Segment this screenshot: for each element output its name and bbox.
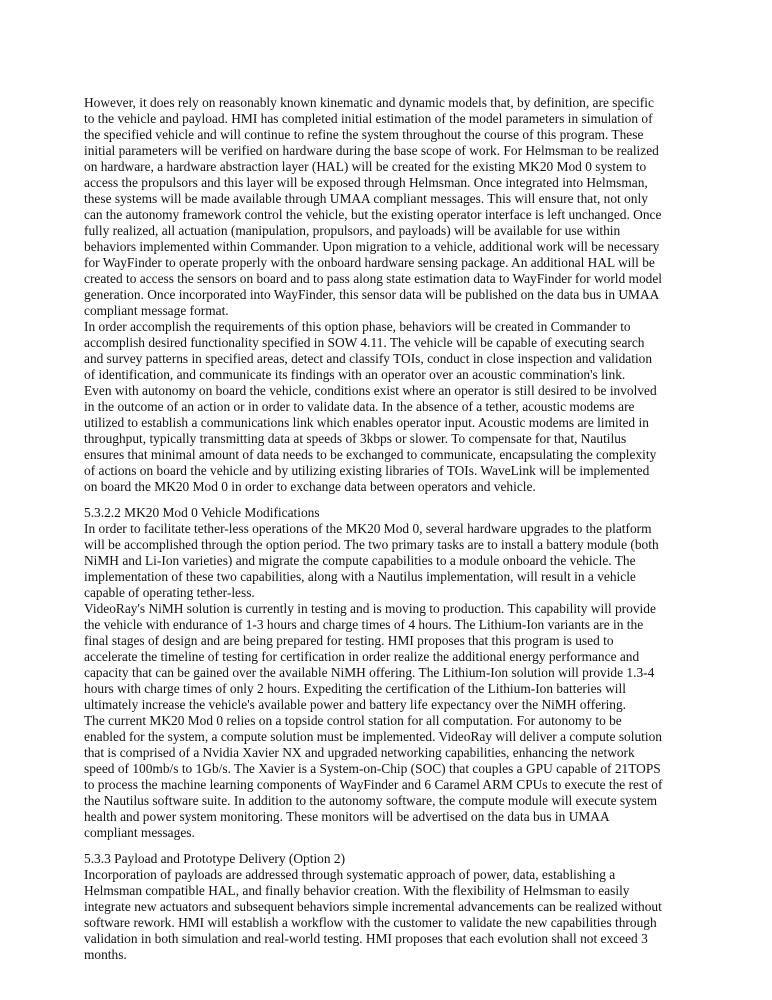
text-line: accelerate the timeline of testing for c… xyxy=(84,649,724,665)
section-5-3-3: 5.3.3 Payload and Prototype Delivery (Op… xyxy=(84,851,724,963)
text-line: However, it does rely on reasonably know… xyxy=(84,95,724,111)
paragraph-commander-behaviors: In order accomplish the requirements of … xyxy=(84,319,724,383)
text-line: integrate new actuators and subsequent b… xyxy=(84,899,724,915)
text-line: ensures that minimal amount of data need… xyxy=(84,447,724,463)
text-line: can the autonomy framework control the v… xyxy=(84,207,724,223)
text-line: compliant message format. xyxy=(84,303,724,319)
text-line: utilized to establish a communications l… xyxy=(84,415,724,431)
text-line: ultimately increase the vehicle's availa… xyxy=(84,697,724,713)
text-line: behaviors implemented within Commander. … xyxy=(84,239,724,255)
text-line: implementation of these two capabilities… xyxy=(84,569,724,585)
text-line: enabled for the system, a compute soluti… xyxy=(84,729,724,745)
document-page: However, it does rely on reasonably know… xyxy=(84,95,724,963)
paragraph-acoustic-comms: Even with autonomy on board the vehicle,… xyxy=(84,383,724,495)
text-line: The current MK20 Mod 0 relies on a topsi… xyxy=(84,713,724,729)
paragraph-battery: VideoRay's NiMH solution is currently in… xyxy=(84,601,724,713)
text-line: accomplish desired functionality specifi… xyxy=(84,335,724,351)
text-line: Incorporation of payloads are addressed … xyxy=(84,867,724,883)
paragraph-tetherless: In order to facilitate tether-less opera… xyxy=(84,521,724,601)
text-line: the Nautilus software suite. In addition… xyxy=(84,793,724,809)
section-heading: 5.3.2.2 MK20 Mod 0 Vehicle Modifications xyxy=(84,505,724,521)
text-line: validation in both simulation and real-w… xyxy=(84,931,724,947)
text-line: on hardware, a hardware abstraction laye… xyxy=(84,159,724,175)
section-heading: 5.3.3 Payload and Prototype Delivery (Op… xyxy=(84,851,724,867)
text-line: will be accomplished through the option … xyxy=(84,537,724,553)
text-line: fully realized, all actuation (manipulat… xyxy=(84,223,724,239)
text-line: VideoRay's NiMH solution is currently in… xyxy=(84,601,724,617)
text-line: to the vehicle and payload. HMI has comp… xyxy=(84,111,724,127)
text-line: throughput, typically transmitting data … xyxy=(84,431,724,447)
text-line: capacity that can be gained over the ava… xyxy=(84,665,724,681)
text-line: of identification, and communicate its f… xyxy=(84,367,724,383)
section-spacer xyxy=(84,495,724,505)
text-line: on board the MK20 Mod 0 in order to exch… xyxy=(84,479,724,495)
section-5-3-2-2: 5.3.2.2 MK20 Mod 0 Vehicle Modifications… xyxy=(84,505,724,841)
text-line: created to access the sensors on board a… xyxy=(84,271,724,287)
text-line: hours with charge times of only 2 hours.… xyxy=(84,681,724,697)
text-line: Even with autonomy on board the vehicle,… xyxy=(84,383,724,399)
text-line: access the propulsors and this layer wil… xyxy=(84,175,724,191)
text-line: In order accomplish the requirements of … xyxy=(84,319,724,335)
text-line: software rework. HMI will establish a wo… xyxy=(84,915,724,931)
text-line: the specified vehicle and will continue … xyxy=(84,127,724,143)
paragraph-compute: The current MK20 Mod 0 relies on a topsi… xyxy=(84,713,724,841)
text-line: generation. Once incorporated into WayFi… xyxy=(84,287,724,303)
text-line: and survey patterns in specified areas, … xyxy=(84,351,724,367)
text-line: speed of 100mb/s to 1Gb/s. The Xavier is… xyxy=(84,761,724,777)
text-line: In order to facilitate tether-less opera… xyxy=(84,521,724,537)
text-line: for WayFinder to operate properly with t… xyxy=(84,255,724,271)
text-line: months. xyxy=(84,947,724,963)
text-line: final stages of design and are being pre… xyxy=(84,633,724,649)
text-line: capable of operating tether-less. xyxy=(84,585,724,601)
text-line: that is comprised of a Nvidia Xavier NX … xyxy=(84,745,724,761)
text-line: in the outcome of an action or in order … xyxy=(84,399,724,415)
text-line: to process the machine learning componen… xyxy=(84,777,724,793)
paragraph-payload: Incorporation of payloads are addressed … xyxy=(84,867,724,963)
text-line: compliant messages. xyxy=(84,825,724,841)
text-line: NiMH and Li-Ion varieties) and migrate t… xyxy=(84,553,724,569)
intro-section: However, it does rely on reasonably know… xyxy=(84,95,724,495)
text-line: the vehicle with endurance of 1-3 hours … xyxy=(84,617,724,633)
text-line: these systems will be made available thr… xyxy=(84,191,724,207)
text-line: initial parameters will be verified on h… xyxy=(84,143,724,159)
text-line: health and power system monitoring. Thes… xyxy=(84,809,724,825)
paragraph-helmsman-hal: However, it does rely on reasonably know… xyxy=(84,95,724,319)
text-line: of actions on board the vehicle and by u… xyxy=(84,463,724,479)
section-spacer xyxy=(84,841,724,851)
text-line: Helmsman compatible HAL, and finally beh… xyxy=(84,883,724,899)
